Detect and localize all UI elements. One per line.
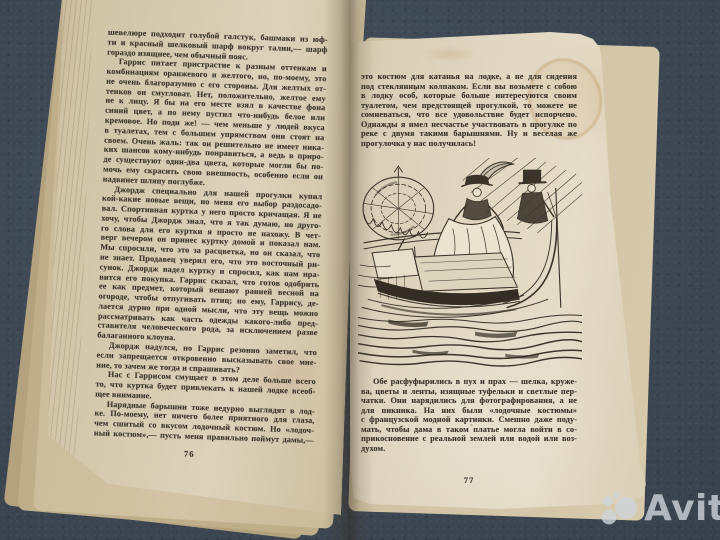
- text-line: реке с двумя такими барышнями. Ну и весе…: [361, 129, 577, 139]
- text-line: с французской модной картинки. Смешно да…: [361, 415, 577, 425]
- right-page-text-top: это костюм для катанья на лодке, а не дл…: [361, 72, 577, 148]
- page-number: 77: [361, 475, 577, 485]
- text-line: под стеклянным колпаком. Если вы возьмет…: [361, 82, 577, 92]
- text-line: прогулочка у нас получилась!: [361, 139, 577, 149]
- text-line: Обе расфуфырились в пух и прах — шелка, …: [361, 377, 577, 387]
- text-line: прикосновение с реальной землей или водо…: [361, 434, 577, 444]
- right-page-footer: 77: [361, 468, 577, 485]
- text-line: чатки. Они нарядились для фотографирован…: [361, 396, 577, 406]
- boat-illustration: [358, 158, 582, 370]
- fox-spot: [500, 18, 504, 21]
- text-line: в лодку особ, которые больше интересуютс…: [361, 91, 577, 101]
- text-line: для пикника. На них были «лодочные костю…: [361, 406, 577, 416]
- text-line: мать, чтобы дама в таком платье могла во…: [361, 425, 577, 435]
- text-line: Однажды я имел несчастье участвовать в п…: [361, 120, 577, 130]
- left-page-text: шевелюре подходит голубой галстук, башма…: [94, 28, 328, 446]
- left-page: шевелюре подходит голубой галстук, башма…: [45, 0, 359, 515]
- book-photo-scene: шевелюре подходит голубой галстук, башма…: [0, 0, 720, 540]
- right-page-text-bottom: Обе расфуфырились в пух и прах — шелка, …: [361, 377, 577, 453]
- text-line: это костюм для катанья на лодке, а не дл…: [361, 72, 577, 82]
- text-line: духом.: [361, 444, 577, 454]
- avito-brand-text: Avito: [644, 491, 720, 527]
- page-number: 76: [79, 446, 299, 463]
- text-line: туалетом, чем предстоящей прогулкой, то …: [361, 101, 577, 111]
- man-figure: [517, 170, 553, 223]
- text-line: сомневаться, что все удовольствие будет …: [361, 110, 577, 120]
- text-line: ва, цветы и ленты, изящные туфельки и св…: [361, 387, 577, 397]
